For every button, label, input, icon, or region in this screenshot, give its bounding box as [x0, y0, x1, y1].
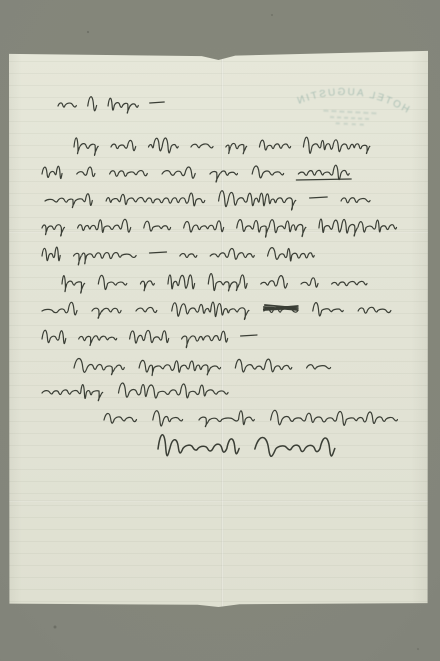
photo-background: HOTEL AUGUSTIN — [0, 0, 440, 661]
stamp-arc-text: HOTEL AUGUSTIN — [293, 84, 411, 116]
hotel-stamp: HOTEL AUGUSTIN — [275, 72, 425, 130]
horizontal-fold-crease-lower — [9, 500, 428, 502]
letter-paper: HOTEL AUGUSTIN — [9, 50, 428, 607]
stamp-subtext-lines — [320, 110, 377, 125]
horizontal-fold-crease-upper — [9, 231, 428, 233]
vertical-fold-crease — [221, 50, 224, 607]
svg-text:HOTEL AUGUSTIN: HOTEL AUGUSTIN — [293, 84, 411, 116]
